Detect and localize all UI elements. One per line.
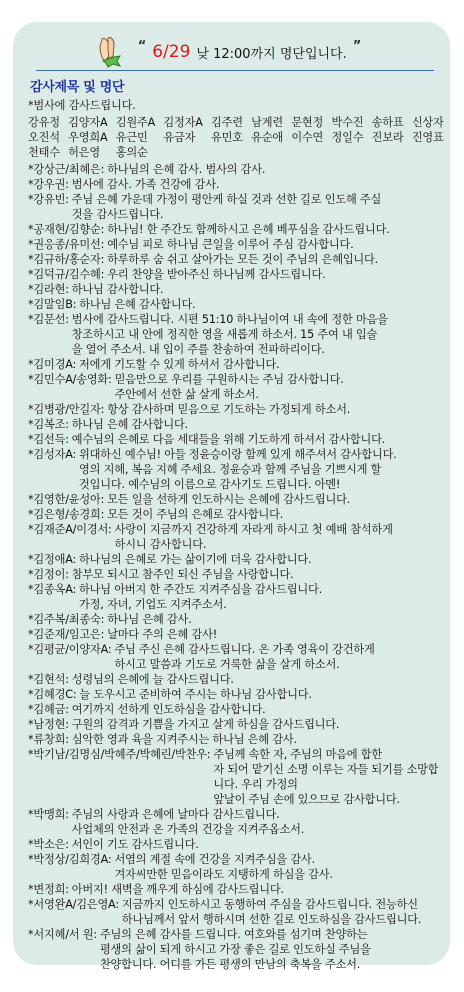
- message-line: 찬양합니다. 어디를 가든 평생의 만남의 축복을 주소서.: [100, 957, 371, 972]
- entry-names: *박기남/김명심/박혜주/박혜린/박찬우:: [28, 747, 210, 807]
- list-item: *김재준A/이경서:사랑이 지금까지 건강하게 자라게 하시고 첫 예배 참석하…: [28, 522, 446, 552]
- entry-message: 예수님의 은혜로 다음 세대들을 위해 기도하게 하셔서 감사합니다.: [69, 432, 385, 447]
- message-line: 범사에 감사. 가족 건강에 감사.: [72, 177, 219, 192]
- entry-message: 여기까지 선하게 인도하심을 감사합니다.: [69, 702, 266, 717]
- entry-names: *김현석:: [28, 672, 69, 687]
- entry-names: *류창희:: [28, 732, 69, 747]
- message-line: 하나님 감사합니다.: [72, 282, 164, 297]
- member-name: 허은영: [68, 145, 110, 160]
- entries-list: *강상근/최혜은:하나님의 은혜 감사. 범사의 감사.*강우권:범사에 감사.…: [28, 162, 446, 972]
- message-line: 지금까지 인도하시고 동행하여 주심을 감사드립니다. 전능하신: [122, 897, 421, 912]
- deadline-notice: “ 6/29 낮 12:00까지 명단입니다. ”: [13, 32, 450, 72]
- entry-names: *박정상/김희경A:: [28, 852, 111, 882]
- entry-message: 저에게 기도할 수 있게 하셔서 감사합니다.: [76, 357, 279, 372]
- entry-message: 아버지! 새벽을 깨우게 하심에 감사드립니다.: [69, 882, 284, 897]
- thanks-list: *범사에 감사드립니다. 강유정김양자A김원주A김정자A김주련남계련문현정박수진…: [28, 98, 446, 972]
- message-line: 하나님의 은혜 감사. 범사의 감사.: [107, 162, 265, 177]
- entry-names: *김민수A/송영화:: [28, 372, 112, 402]
- message-line: 구원의 감격과 기쁨을 가지고 살게 하심을 감사드립니다.: [72, 717, 339, 732]
- message-line: 주안에서 선한 삶 살게 하소서.: [115, 387, 344, 402]
- list-item: *변정희:아버지! 새벽을 깨우게 하심에 감사드립니다.: [28, 882, 446, 897]
- list-item: *공재현/김향순:하나님! 한 주간도 함께하시고 은혜 베푸심을 감사드립니다…: [28, 222, 446, 237]
- entry-names: *김혜금:: [28, 702, 69, 717]
- member-name: 박수진: [331, 115, 365, 130]
- list-item: *강우권:범사에 감사. 가족 건강에 감사.: [28, 177, 446, 192]
- entry-names: *강상근/최혜은:: [28, 162, 104, 177]
- praying-hands-icon: [96, 35, 124, 69]
- entry-names: *서지혜/서 원:: [28, 927, 97, 972]
- entry-message: 주님 은혜 가운데 가정이 평안케 하실 것과 선한 길로 인도해 주실것을 감…: [69, 192, 381, 222]
- entry-message: 서인이 기도 감사드립니다.: [69, 837, 199, 852]
- list-item: *김선득:예수님의 은혜로 다음 세대들을 위해 기도하게 하셔서 감사합니다.: [28, 432, 446, 447]
- entry-message: 믿음만으로 우리를 구원하시는 주님 감사합니다.주안에서 선한 삶 살게 하소…: [112, 372, 344, 402]
- entry-message: 위대하신 예수님! 아들 정윤승이랑 함께 있게 해주셔서 감사합니다.영의 지…: [76, 447, 397, 492]
- entry-message: 늘 도우시고 준비하여 주시는 하나님 감사합니다.: [76, 687, 311, 702]
- entry-message: 사랑이 지금까지 건강하게 자라게 하시고 첫 예배 참석하게하시니 감사합니다…: [112, 522, 393, 552]
- message-line: 하루하루 숨 쉬고 살아가는 모든 것이 주님의 은혜입니다.: [107, 252, 378, 267]
- entry-message: 서염의 계절 속에 건강을 지켜주심을 감사.겨자씨만한 믿음이라도 지탱하게 …: [111, 852, 332, 882]
- member-name: 문현정: [291, 115, 325, 130]
- list-item: *김규하/홍순자:하루하루 숨 쉬고 살아가는 모든 것이 주님의 은혜입니다.: [28, 252, 446, 267]
- list-item: *김준재/임고은:날마다 주의 은혜 감사!: [28, 627, 446, 642]
- message-line: 을 열어 주소서. 내 입이 주를 찬송하여 전파하리이다.: [72, 342, 388, 357]
- message-line: 성령님의 은혜에 늘 감사드립니다.: [72, 672, 234, 687]
- member-name: 남계련: [251, 115, 285, 130]
- entry-names: *김덕규/김수혜:: [28, 267, 104, 282]
- message-line: 주님 은혜 가운데 가정이 평안케 하실 것과 선한 길로 인도해 주실: [72, 192, 381, 207]
- entry-message: 우리 찬양을 받아주신 하나님께 감사드립니다.: [104, 267, 325, 282]
- entry-names: *김선득:: [28, 432, 69, 447]
- member-name: 이수연: [291, 130, 325, 145]
- list-item: *김평균/이양자A:주님 주신 은혜 감사드립니다. 온 가족 영육이 강건하게…: [28, 642, 446, 672]
- member-name: 유순애: [251, 130, 285, 145]
- member-name: 유민호: [211, 130, 245, 145]
- entry-message: 주님께 속한 자, 주님의 마음에 합한자 되어 맡기신 소명 이루는 자들 되…: [210, 747, 446, 807]
- list-item: *박맹희:주님의 사랑과 은혜에 날마다 감사드립니다.사업체의 안전과 온 가…: [28, 807, 446, 837]
- message-line: 자 되어 맡기신 소명 이루는 자들 되기를 소망합니다. 우리 가정의: [213, 762, 446, 792]
- member-name: 김양자A: [68, 115, 110, 130]
- deadline-text: 낮 12:00까지 명단입니다.: [196, 43, 346, 62]
- entry-message: 주님의 사랑과 은혜에 날마다 감사드립니다.사업체의 안전과 온 가족의 건강…: [69, 807, 304, 837]
- entry-message: 하나님의 은혜로 가는 삶이기에 더욱 감사합니다.: [76, 552, 311, 567]
- entry-names: *김재준A/이경서:: [28, 522, 112, 552]
- message-line: 사업체의 안전과 온 가족의 건강을 지켜주옵소서.: [72, 822, 304, 837]
- member-name: 강유정: [28, 115, 62, 130]
- message-line: 서염의 계절 속에 건강을 지켜주심을 감사.: [114, 852, 332, 867]
- entry-names: *김은형/송경희:: [28, 507, 104, 522]
- message-line: 하시니 감사합니다.: [115, 537, 393, 552]
- message-line: 하나님의 은혜로 가는 삶이기에 더욱 감사합니다.: [79, 552, 311, 567]
- member-name: 정일수: [331, 130, 365, 145]
- message-line: 예수님 피로 하나님 큰일을 이루어 주심 감사합니다.: [107, 237, 353, 252]
- list-item: *박기남/김명심/박혜주/박혜린/박찬우:주님께 속한 자, 주님의 마음에 합…: [28, 747, 446, 807]
- message-line: 하나님 은혜 감사합니다.: [79, 297, 195, 312]
- message-line: 믿음만으로 우리를 구원하시는 주님 감사합니다.: [115, 372, 344, 387]
- member-name: 진영표: [412, 130, 446, 145]
- entry-message: 하나님 감사합니다.: [69, 282, 164, 297]
- entry-message: 하나님! 한 주간도 함께하시고 은혜 베푸심을 감사드립니다.: [104, 222, 389, 237]
- list-item: *김종옥A:하나님 아버지 한 주간도 지켜주심을 감사드립니다.가정, 자녀,…: [28, 582, 446, 612]
- member-name: 송하표: [372, 115, 406, 130]
- entry-names: *김라현:: [28, 282, 69, 297]
- message-line: 주님께 속한 자, 주님의 마음에 합한: [213, 747, 446, 762]
- message-line: 모든 것이 주님의 은혜로 감사합니다.: [107, 507, 283, 522]
- entry-names: *김병광/안길자:: [28, 402, 104, 417]
- entry-message: 하나님 은혜 감사.: [104, 612, 191, 627]
- entry-names: *김준재/임고은:: [28, 627, 104, 642]
- message-line: 주님의 사랑과 은혜에 날마다 감사드립니다.: [72, 807, 304, 822]
- list-item: *김혜금:여기까지 선하게 인도하심을 감사합니다.: [28, 702, 446, 717]
- member-name: 김정자A: [163, 115, 205, 130]
- message-line: 여기까지 선하게 인도하심을 감사합니다.: [72, 702, 266, 717]
- entry-names: *김말임B:: [28, 297, 76, 312]
- entry-message: 심악한 영과 육을 지켜주시는 하나님 은혜 감사.: [69, 732, 297, 747]
- list-item: *강유빈:주님 은혜 가운데 가정이 평안케 하실 것과 선한 길로 인도해 주…: [28, 192, 446, 222]
- message-line: 위대하신 예수님! 아들 정윤승이랑 함께 있게 해주셔서 감사합니다.: [79, 447, 397, 462]
- message-line: 하나님! 한 주간도 함께하시고 은혜 베푸심을 감사드립니다.: [107, 222, 389, 237]
- list-item: *김말임B:하나님 은혜 감사합니다.: [28, 297, 446, 312]
- message-line: 서인이 기도 감사드립니다.: [72, 837, 199, 852]
- message-line: 모든 일을 선하게 인도하시는 은혜에 감사드립니다.: [107, 492, 350, 507]
- message-line: 날마다 주의 은혜 감사!: [107, 627, 217, 642]
- list-item: *남정현:구원의 감격과 기쁨을 가지고 살게 하심을 감사드립니다.: [28, 717, 446, 732]
- message-line: 항상 감사하며 믿음으로 기도하는 가정되게 하소서.: [107, 402, 350, 417]
- entry-names: *강우권:: [28, 177, 69, 192]
- message-line: 저에게 기도할 수 있게 하셔서 감사합니다.: [79, 357, 279, 372]
- entry-message: 모든 것이 주님의 은혜로 감사합니다.: [104, 507, 283, 522]
- list-item: *강상근/최혜은:하나님의 은혜 감사. 범사의 감사.: [28, 162, 446, 177]
- list-item: *김미경A:저에게 기도할 수 있게 하셔서 감사합니다.: [28, 357, 446, 372]
- message-line: 평생의 삶이 되게 하시고 가장 좋은 길로 인도하실 주님을: [100, 942, 371, 957]
- member-name: 신상자: [412, 115, 446, 130]
- entry-names: *김평균/이양자A:: [28, 642, 111, 672]
- entry-names: *김문선:: [28, 312, 69, 357]
- deadline-date: 6/29: [152, 42, 190, 62]
- message-line: 것입니다. 예수님의 이름으로 감사기도 드립니다. 아멘!: [79, 477, 397, 492]
- message-line: 아버지! 새벽을 깨우게 하심에 감사드립니다.: [72, 882, 284, 897]
- message-line: 겨자씨만한 믿음이라도 지탱하게 하심을 감사.: [114, 867, 332, 882]
- entry-names: *김종옥A:: [28, 582, 76, 612]
- entry-message: 범사에 감사. 가족 건강에 감사.: [69, 177, 219, 192]
- member-name: 유근민: [116, 130, 158, 145]
- message-line: 주님의 은혜 감사를 드립니다. 여호와를 섬기며 찬양하는: [100, 927, 371, 942]
- entry-names: *강유빈:: [28, 192, 69, 222]
- list-item: *김덕규/김수혜:우리 찬양을 받아주신 하나님께 감사드립니다.: [28, 267, 446, 282]
- member-name: 김주련: [211, 115, 245, 130]
- list-item: *서지혜/서 원:주님의 은혜 감사를 드립니다. 여호와를 섬기며 찬양하는평…: [28, 927, 446, 972]
- entry-names: *서영완A/김은영A:: [28, 897, 119, 927]
- message-line: 하나님께서 앞서 행하시며 선한 길로 인도하심을 감사드립니다.: [122, 912, 421, 927]
- entry-names: *김미경A:: [28, 357, 76, 372]
- entry-message: 하루하루 숨 쉬고 살아가는 모든 것이 주님의 은혜입니다.: [104, 252, 378, 267]
- list-item: *김현석:성령님의 은혜에 늘 감사드립니다.: [28, 672, 446, 687]
- list-item: *김민수A/송영화:믿음만으로 우리를 구원하시는 주님 감사합니다.주안에서 …: [28, 372, 446, 402]
- entry-names: *김정이:: [28, 567, 69, 582]
- entry-names: *남정현:: [28, 717, 69, 732]
- list-item: *류창희:심악한 영과 육을 지켜주시는 하나님 은혜 감사.: [28, 732, 446, 747]
- entry-names: *권응종/유미선:: [28, 237, 104, 252]
- intro-line: *범사에 감사드립니다.: [28, 98, 446, 113]
- entry-message: 주님 주신 은혜 감사드립니다. 온 가족 영육이 강건하게하시고 말씀과 기도…: [111, 642, 374, 672]
- names-grid: 강유정김양자A김원주A김정자A김주련남계련문현정박수진송하표신상자오진석우영희A…: [28, 115, 446, 160]
- entry-message: 항상 감사하며 믿음으로 기도하는 가정되게 하소서.: [104, 402, 350, 417]
- list-item: *김복조:하나님 은혜 감사합니다.: [28, 417, 446, 432]
- member-name: 진보라: [372, 130, 406, 145]
- prayer-list-card: “ 6/29 낮 12:00까지 명단입니다. ” 감사제목 및 명단 *범사에…: [13, 22, 450, 965]
- close-quote: ”: [353, 39, 362, 54]
- member-name: 유금자: [163, 130, 205, 145]
- entry-names: *박맹희:: [28, 807, 69, 837]
- entry-message: 예수님 피로 하나님 큰일을 이루어 주심 감사합니다.: [104, 237, 353, 252]
- list-item: *김정이:참부모 되시고 참주인 되신 주님을 사랑합니다.: [28, 567, 446, 582]
- entry-names: *김정애A:: [28, 552, 76, 567]
- entry-names: *변정희:: [28, 882, 69, 897]
- list-item: *김영한/윤성아:모든 일을 선하게 인도하시는 은혜에 감사드립니다.: [28, 492, 446, 507]
- message-line: 심악한 영과 육을 지켜주시는 하나님 은혜 감사.: [72, 732, 297, 747]
- member-name: 홍의순: [116, 145, 158, 160]
- message-line: 예수님의 은혜로 다음 세대들을 위해 기도하게 하셔서 감사합니다.: [72, 432, 385, 447]
- message-line: 하나님 은혜 감사합니다.: [72, 417, 188, 432]
- entry-message: 하나님 은혜 감사합니다.: [76, 297, 195, 312]
- entry-message: 성령님의 은혜에 늘 감사드립니다.: [69, 672, 234, 687]
- list-item: *김정애A:하나님의 은혜로 가는 삶이기에 더욱 감사합니다.: [28, 552, 446, 567]
- entry-message: 참부모 되시고 참주인 되신 주님을 사랑합니다.: [69, 567, 294, 582]
- entry-names: *김성자A:: [28, 447, 76, 492]
- message-line: 창조하시고 내 안에 정직한 영을 새롭게 하소서. 15 주여 내 입술: [72, 327, 388, 342]
- list-item: *김주복/최종숙:하나님 은혜 감사.: [28, 612, 446, 627]
- entry-message: 구원의 감격과 기쁨을 가지고 살게 하심을 감사드립니다.: [69, 717, 339, 732]
- message-line: 하나님 은혜 감사.: [107, 612, 191, 627]
- open-quote: “: [138, 39, 147, 54]
- entry-message: 하나님 은혜 감사합니다.: [69, 417, 188, 432]
- divider: [36, 70, 434, 71]
- entry-names: *공재현/김향순:: [28, 222, 104, 237]
- member-name: 오진석: [28, 130, 62, 145]
- member-name: 김원주A: [116, 115, 158, 130]
- list-item: *김라현:하나님 감사합니다.: [28, 282, 446, 297]
- entry-names: *김복조:: [28, 417, 69, 432]
- entry-names: *김혜경C:: [28, 687, 76, 702]
- entry-message: 하나님의 은혜 감사. 범사의 감사.: [104, 162, 265, 177]
- entry-message: 범사에 감사드립니다. 시편 51:10 하나님이여 내 속에 정한 마음을창조…: [69, 312, 388, 357]
- list-item: *박소은:서인이 기도 감사드립니다.: [28, 837, 446, 852]
- list-item: *김문선:범사에 감사드립니다. 시편 51:10 하나님이여 내 속에 정한 …: [28, 312, 446, 357]
- list-item: *김은형/송경희:모든 것이 주님의 은혜로 감사합니다.: [28, 507, 446, 522]
- entry-names: *박소은:: [28, 837, 69, 852]
- member-name: 천태수: [28, 145, 62, 160]
- message-line: 가정, 자녀, 기업도 지켜주소서.: [79, 597, 322, 612]
- message-line: 앞날이 주님 손에 있으므로 감사합니다.: [213, 792, 446, 807]
- list-item: *서영완A/김은영A:지금까지 인도하시고 동행하여 주심을 감사드립니다. 전…: [28, 897, 446, 927]
- message-line: 것을 감사드립니다.: [72, 207, 381, 222]
- message-line: 사랑이 지금까지 건강하게 자라게 하시고 첫 예배 참석하게: [115, 522, 393, 537]
- list-item: *김병광/안길자:항상 감사하며 믿음으로 기도하는 가정되게 하소서.: [28, 402, 446, 417]
- message-line: 영의 지혜, 복음 지혜 주세요. 정윤승과 함께 주님을 기쁘시게 할: [79, 462, 397, 477]
- entry-message: 지금까지 인도하시고 동행하여 주심을 감사드립니다. 전능하신하나님께서 앞서…: [119, 897, 421, 927]
- list-item: *김성자A:위대하신 예수님! 아들 정윤승이랑 함께 있게 해주셔서 감사합니…: [28, 447, 446, 492]
- entry-names: *김영한/윤성아:: [28, 492, 104, 507]
- list-item: *권응종/유미선:예수님 피로 하나님 큰일을 이루어 주심 감사합니다.: [28, 237, 446, 252]
- section-title: 감사제목 및 명단: [30, 76, 124, 95]
- member-name: 우영희A: [68, 130, 110, 145]
- list-item: *박정상/김희경A:서염의 계절 속에 건강을 지켜주심을 감사.겨자씨만한 믿…: [28, 852, 446, 882]
- entry-names: *김규하/홍순자:: [28, 252, 104, 267]
- message-line: 늘 도우시고 준비하여 주시는 하나님 감사합니다.: [79, 687, 311, 702]
- entry-message: 모든 일을 선하게 인도하시는 은혜에 감사드립니다.: [104, 492, 350, 507]
- entry-names: *김주복/최종숙:: [28, 612, 104, 627]
- entry-message: 주님의 은혜 감사를 드립니다. 여호와를 섬기며 찬양하는평생의 삶이 되게 …: [97, 927, 371, 972]
- message-line: 우리 찬양을 받아주신 하나님께 감사드립니다.: [107, 267, 325, 282]
- message-line: 하나님 아버지 한 주간도 지켜주심을 감사드립니다.: [79, 582, 322, 597]
- list-item: *김혜경C:늘 도우시고 준비하여 주시는 하나님 감사합니다.: [28, 687, 446, 702]
- message-line: 참부모 되시고 참주인 되신 주님을 사랑합니다.: [72, 567, 294, 582]
- entry-message: 날마다 주의 은혜 감사!: [104, 627, 217, 642]
- message-line: 주님 주신 은혜 감사드립니다. 온 가족 영육이 강건하게: [114, 642, 374, 657]
- entry-message: 하나님 아버지 한 주간도 지켜주심을 감사드립니다.가정, 자녀, 기업도 지…: [76, 582, 322, 612]
- message-line: 범사에 감사드립니다. 시편 51:10 하나님이여 내 속에 정한 마음을: [72, 312, 388, 327]
- message-line: 하시고 말씀과 기도로 거룩한 삶을 살게 하소서.: [114, 657, 374, 672]
